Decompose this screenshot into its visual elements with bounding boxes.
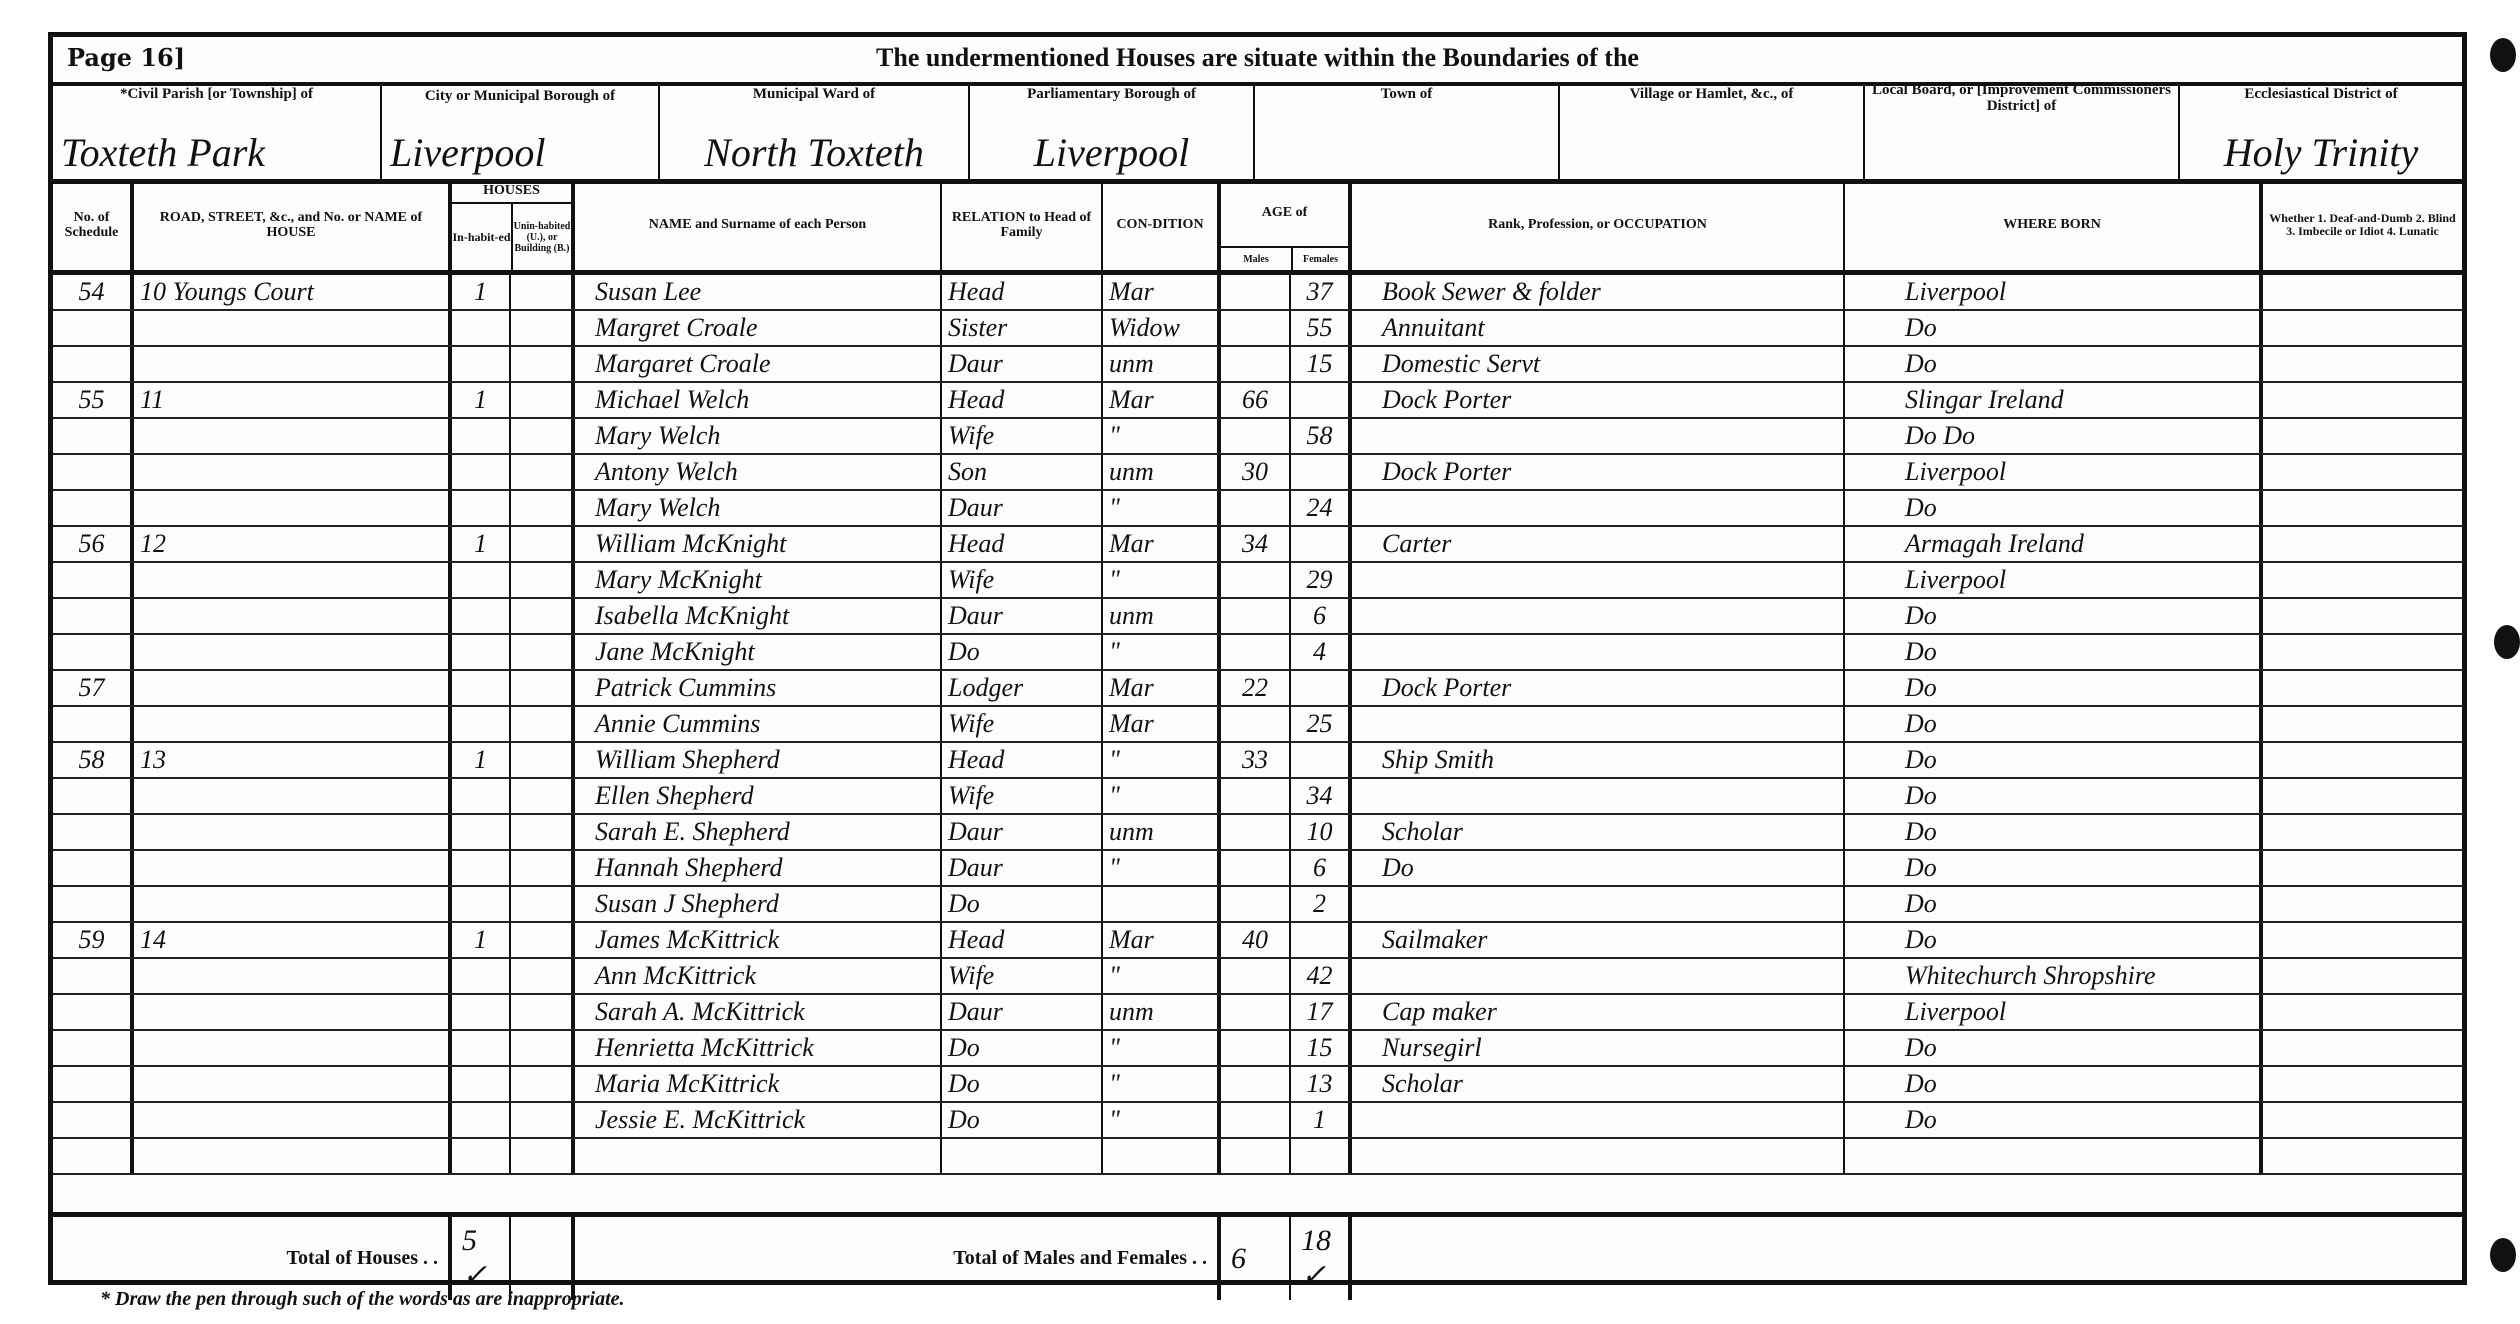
- cell-inhabited: [452, 635, 511, 669]
- cell-inhabited: [452, 1067, 511, 1101]
- cell-road: [134, 563, 452, 597]
- census-rows: 5410 Youngs Court1Susan LeeHeadMar37Book…: [53, 275, 2462, 1175]
- cell-condition: [1103, 1139, 1221, 1173]
- col-females: Females: [1293, 248, 1348, 270]
- table-row: Isabella McKnightDaurunm6Do: [53, 599, 2462, 635]
- cell-whether: [2263, 383, 2462, 417]
- cell-male-age: [1221, 635, 1291, 669]
- cell-relation: Do: [942, 1067, 1103, 1101]
- cell-female-age: [1291, 383, 1352, 417]
- cell-uninhabited: [511, 1031, 575, 1065]
- field-municipal-borough: City or Municipal Borough of Liverpool: [382, 82, 660, 179]
- cell-inhabited: [452, 815, 511, 849]
- cell-uninhabited: [511, 743, 575, 777]
- cell-schedule: [53, 347, 134, 381]
- field-parliamentary-borough: Parliamentary Borough of Liverpool: [970, 82, 1255, 179]
- cell-road: [134, 419, 452, 453]
- cell-uninhabited: [511, 779, 575, 813]
- cell-road: [134, 851, 452, 885]
- cell-name: William McKnight: [575, 527, 942, 561]
- cell-occupation: [1352, 563, 1845, 597]
- cell-female-age: 17: [1291, 995, 1352, 1029]
- cell-name: Susan J Shepherd: [575, 887, 942, 921]
- cell-female-age: 15: [1291, 347, 1352, 381]
- cell-uninhabited: [511, 275, 575, 309]
- cell-female-age: 6: [1291, 599, 1352, 633]
- cell-inhabited: [452, 995, 511, 1029]
- cell-inhabited: [452, 779, 511, 813]
- cell-schedule: 56: [53, 527, 134, 561]
- cell-where-born: Do: [1845, 671, 2263, 705]
- cell-relation: Daur: [942, 599, 1103, 633]
- cell-uninhabited: [511, 923, 575, 957]
- table-row: 5410 Youngs Court1Susan LeeHeadMar37Book…: [53, 275, 2462, 311]
- table-row: Jane McKnightDo"4Do: [53, 635, 2462, 671]
- field-local-board: Local Board, or [Improvement Commissione…: [1865, 82, 2180, 179]
- table-row: Maria McKittrickDo"13ScholarDo: [53, 1067, 2462, 1103]
- cell-road: [134, 779, 452, 813]
- cell-whether: [2263, 1067, 2462, 1101]
- table-row: Margret CroaleSisterWidow55AnnuitantDo: [53, 311, 2462, 347]
- cell-where-born: Do: [1845, 887, 2263, 921]
- table-row: Susan J ShepherdDo2Do: [53, 887, 2462, 923]
- cell-uninhabited: [511, 419, 575, 453]
- cell-whether: [2263, 887, 2462, 921]
- cell-schedule: [53, 419, 134, 453]
- table-row: Margaret CroaleDaurunm15Domestic ServtDo: [53, 347, 2462, 383]
- cell-uninhabited: [511, 311, 575, 345]
- table-row: Mary WelchDaur"24Do: [53, 491, 2462, 527]
- cell-male-age: 34: [1221, 527, 1291, 561]
- cell-where-born: Do: [1845, 1067, 2263, 1101]
- cell-name: Ellen Shepherd: [575, 779, 942, 813]
- cell-relation: Daur: [942, 491, 1103, 525]
- cell-relation: Do: [942, 1031, 1103, 1065]
- cell-relation: Head: [942, 743, 1103, 777]
- cell-female-age: [1291, 527, 1352, 561]
- cell-condition: ": [1103, 1031, 1221, 1065]
- cell-relation: Daur: [942, 347, 1103, 381]
- cell-whether: [2263, 959, 2462, 993]
- cell-inhabited: [452, 1103, 511, 1137]
- cell-male-age: [1221, 995, 1291, 1029]
- cell-road: 13: [134, 743, 452, 777]
- cell-road: [134, 959, 452, 993]
- cell-whether: [2263, 671, 2462, 705]
- column-headers: No. of Schedule ROAD, STREET, &c., and N…: [53, 179, 2462, 275]
- cell-female-age: 10: [1291, 815, 1352, 849]
- cell-female-age: 42: [1291, 959, 1352, 993]
- cell-inhabited: [452, 1139, 511, 1173]
- cell-whether: [2263, 563, 2462, 597]
- cell-whether: [2263, 527, 2462, 561]
- cell-male-age: [1221, 311, 1291, 345]
- cell-name: Sarah A. McKittrick: [575, 995, 942, 1029]
- cell-schedule: [53, 491, 134, 525]
- total-males-value: 6: [1221, 1217, 1291, 1300]
- cell-condition: unm: [1103, 455, 1221, 489]
- cell-schedule: 54: [53, 275, 134, 309]
- cell-occupation: Annuitant: [1352, 311, 1845, 345]
- cell-where-born: Do: [1845, 779, 2263, 813]
- table-row: Antony WelchSonunm30Dock PorterLiverpool: [53, 455, 2462, 491]
- cell-name: Sarah E. Shepherd: [575, 815, 942, 849]
- cell-occupation: [1352, 959, 1845, 993]
- cell-schedule: [53, 887, 134, 921]
- cell-relation: Head: [942, 275, 1103, 309]
- cell-whether: [2263, 779, 2462, 813]
- col-where-born: WHERE BORN: [1845, 179, 2263, 270]
- cell-male-age: 30: [1221, 455, 1291, 489]
- cell-occupation: [1352, 887, 1845, 921]
- cell-inhabited: [452, 671, 511, 705]
- cell-schedule: [53, 779, 134, 813]
- cell-relation: Head: [942, 383, 1103, 417]
- cell-male-age: [1221, 887, 1291, 921]
- cell-inhabited: [452, 851, 511, 885]
- cell-relation: Sister: [942, 311, 1103, 345]
- cell-occupation: [1352, 779, 1845, 813]
- cell-occupation: [1352, 1103, 1845, 1137]
- age-label: AGE of: [1262, 179, 1308, 246]
- cell-female-age: 34: [1291, 779, 1352, 813]
- col-males: Males: [1221, 248, 1293, 270]
- table-row: Sarah E. ShepherdDaurunm10ScholarDo: [53, 815, 2462, 851]
- col-road: ROAD, STREET, &c., and No. or NAME of HO…: [134, 179, 452, 270]
- cell-name: William Shepherd: [575, 743, 942, 777]
- cell-schedule: [53, 1139, 134, 1173]
- cell-uninhabited: [511, 347, 575, 381]
- cell-inhabited: [452, 707, 511, 741]
- cell-condition: ": [1103, 851, 1221, 885]
- cell-uninhabited: [511, 491, 575, 525]
- totals-row: Total of Houses . . 5 ✓ Total of Males a…: [53, 1212, 2462, 1300]
- table-row: Sarah A. McKittrickDaurunm17Cap makerLiv…: [53, 995, 2462, 1031]
- cell-uninhabited: [511, 383, 575, 417]
- cell-inhabited: [452, 347, 511, 381]
- cell-inhabited: [452, 455, 511, 489]
- cell-name: Margret Croale: [575, 311, 942, 345]
- cell-where-born: Do: [1845, 851, 2263, 885]
- cell-inhabited: 1: [452, 527, 511, 561]
- table-row: 59141James McKittrickHeadMar40SailmakerD…: [53, 923, 2462, 959]
- cell-inhabited: [452, 563, 511, 597]
- col-condition: CON-DITION: [1103, 179, 1221, 270]
- cell-schedule: 58: [53, 743, 134, 777]
- table-row: 55111Michael WelchHeadMar66Dock PorterSl…: [53, 383, 2462, 419]
- cell-uninhabited: [511, 527, 575, 561]
- cell-male-age: 22: [1221, 671, 1291, 705]
- cell-where-born: [1845, 1139, 2263, 1173]
- field-municipal-ward: Municipal Ward of North Toxteth: [660, 82, 970, 179]
- cell-schedule: [53, 1031, 134, 1065]
- cell-relation: Lodger: [942, 671, 1103, 705]
- col-uninhabited: Unin-habited (U.), or Building (B.): [513, 204, 571, 270]
- cell-road: [134, 347, 452, 381]
- col-schedule: No. of Schedule: [53, 179, 134, 270]
- cell-male-age: [1221, 1031, 1291, 1065]
- cell-condition: unm: [1103, 815, 1221, 849]
- cell-whether: [2263, 1103, 2462, 1137]
- cell-inhabited: 1: [452, 275, 511, 309]
- cell-road: [134, 311, 452, 345]
- cell-schedule: [53, 815, 134, 849]
- cell-occupation: [1352, 599, 1845, 633]
- cell-road: [134, 455, 452, 489]
- cell-male-age: [1221, 563, 1291, 597]
- cell-occupation: [1352, 707, 1845, 741]
- cell-whether: [2263, 275, 2462, 309]
- cell-female-age: 24: [1291, 491, 1352, 525]
- cell-road: 14: [134, 923, 452, 957]
- cell-where-born: Do: [1845, 707, 2263, 741]
- cell-where-born: Liverpool: [1845, 275, 2263, 309]
- cell-male-age: [1221, 599, 1291, 633]
- cell-condition: ": [1103, 491, 1221, 525]
- cell-schedule: 59: [53, 923, 134, 957]
- cell-relation: Daur: [942, 995, 1103, 1029]
- table-row: 56121William McKnightHeadMar34CarterArma…: [53, 527, 2462, 563]
- cell-female-age: 29: [1291, 563, 1352, 597]
- cell-condition: Mar: [1103, 923, 1221, 957]
- cell-inhabited: [452, 491, 511, 525]
- cell-schedule: [53, 311, 134, 345]
- cell-whether: [2263, 923, 2462, 957]
- cell-name: James McKittrick: [575, 923, 942, 957]
- cell-condition: Widow: [1103, 311, 1221, 345]
- cell-uninhabited: [511, 1067, 575, 1101]
- table-row: Annie CumminsWifeMar25Do: [53, 707, 2462, 743]
- cell-where-born: Liverpool: [1845, 455, 2263, 489]
- cell-name: Annie Cummins: [575, 707, 942, 741]
- cell-condition: ": [1103, 1103, 1221, 1137]
- cell-condition: ": [1103, 635, 1221, 669]
- cell-name: Jessie E. McKittrick: [575, 1103, 942, 1137]
- cell-name: Margaret Croale: [575, 347, 942, 381]
- cell-occupation: Dock Porter: [1352, 455, 1845, 489]
- cell-male-age: 66: [1221, 383, 1291, 417]
- col-houses: HOUSES In-habit-ed Unin-habited (U.), or…: [452, 179, 575, 270]
- cell-road: [134, 491, 452, 525]
- table-row: Henrietta McKittrickDo"15NursegirlDo: [53, 1031, 2462, 1067]
- cell-female-age: 1: [1291, 1103, 1352, 1137]
- total-blank: [1352, 1217, 2462, 1300]
- cell-name: Ann McKittrick: [575, 959, 942, 993]
- cell-name: Patrick Cummins: [575, 671, 942, 705]
- cell-whether: [2263, 995, 2462, 1029]
- col-name: NAME and Surname of each Person: [575, 179, 942, 270]
- cell-name: Jane McKnight: [575, 635, 942, 669]
- houses-label: HOUSES: [452, 179, 571, 204]
- page-title: The undermentioned Houses are situate wi…: [53, 43, 2462, 73]
- cell-road: [134, 635, 452, 669]
- cell-where-born: Do: [1845, 1103, 2263, 1137]
- footnote: * Draw the pen through such of the words…: [100, 1288, 625, 1311]
- cell-uninhabited: [511, 635, 575, 669]
- cell-male-age: [1221, 1067, 1291, 1101]
- cell-female-age: 13: [1291, 1067, 1352, 1101]
- cell-relation: Head: [942, 923, 1103, 957]
- cell-male-age: [1221, 419, 1291, 453]
- cell-road: [134, 1139, 452, 1173]
- title-row: Page 16] The undermentioned Houses are s…: [53, 37, 2462, 86]
- cell-male-age: [1221, 959, 1291, 993]
- cell-where-born: Do: [1845, 1031, 2263, 1065]
- cell-name: Hannah Shepherd: [575, 851, 942, 885]
- cell-male-age: [1221, 815, 1291, 849]
- cell-condition: unm: [1103, 599, 1221, 633]
- cell-occupation: Domestic Servt: [1352, 347, 1845, 381]
- cell-where-born: Do: [1845, 599, 2263, 633]
- cell-relation: Wife: [942, 419, 1103, 453]
- cell-relation: Son: [942, 455, 1103, 489]
- cell-road: [134, 1031, 452, 1065]
- cell-whether: [2263, 419, 2462, 453]
- parliamentary-borough-value: Liverpool: [978, 131, 1245, 175]
- cell-schedule: [53, 1103, 134, 1137]
- cell-road: [134, 815, 452, 849]
- cell-relation: Daur: [942, 851, 1103, 885]
- cell-relation: Do: [942, 1103, 1103, 1137]
- table-row: Hannah ShepherdDaur"6DoDo: [53, 851, 2462, 887]
- cell-male-age: [1221, 1103, 1291, 1137]
- cell-schedule: [53, 563, 134, 597]
- cell-uninhabited: [511, 815, 575, 849]
- col-relation: RELATION to Head of Family: [942, 179, 1103, 270]
- cell-road: [134, 707, 452, 741]
- cell-condition: Mar: [1103, 275, 1221, 309]
- cell-schedule: [53, 707, 134, 741]
- cell-whether: [2263, 347, 2462, 381]
- cell-occupation: [1352, 635, 1845, 669]
- cell-condition: unm: [1103, 995, 1221, 1029]
- cell-where-born: Do: [1845, 635, 2263, 669]
- cell-occupation: Dock Porter: [1352, 671, 1845, 705]
- cell-uninhabited: [511, 563, 575, 597]
- cell-relation: Wife: [942, 563, 1103, 597]
- cell-whether: [2263, 743, 2462, 777]
- cell-road: [134, 671, 452, 705]
- cell-occupation: Nursegirl: [1352, 1031, 1845, 1065]
- cell-relation: [942, 1139, 1103, 1173]
- cell-condition: [1103, 887, 1221, 921]
- cell-inhabited: [452, 959, 511, 993]
- cell-occupation: Scholar: [1352, 1067, 1845, 1101]
- cell-where-born: Whitechurch Shropshire: [1845, 959, 2263, 993]
- col-age: AGE of Males Females: [1221, 179, 1352, 270]
- cell-occupation: Sailmaker: [1352, 923, 1845, 957]
- field-village: Village or Hamlet, &c., of: [1560, 82, 1865, 179]
- cell-female-age: 55: [1291, 311, 1352, 345]
- cell-uninhabited: [511, 995, 575, 1029]
- cell-whether: [2263, 851, 2462, 885]
- municipal-ward-value: North Toxteth: [668, 131, 960, 175]
- cell-occupation: Ship Smith: [1352, 743, 1845, 777]
- cell-female-age: [1291, 1139, 1352, 1173]
- cell-uninhabited: [511, 1139, 575, 1173]
- cell-occupation: Cap maker: [1352, 995, 1845, 1029]
- cell-female-age: 58: [1291, 419, 1352, 453]
- cell-name: Mary Welch: [575, 419, 942, 453]
- cell-female-age: 6: [1291, 851, 1352, 885]
- cell-female-age: [1291, 671, 1352, 705]
- cell-condition: Mar: [1103, 671, 1221, 705]
- cell-relation: Head: [942, 527, 1103, 561]
- cell-occupation: Do: [1352, 851, 1845, 885]
- cell-inhabited: [452, 599, 511, 633]
- col-occupation: Rank, Profession, or OCCUPATION: [1352, 179, 1845, 270]
- cell-uninhabited: [511, 671, 575, 705]
- cell-where-born: Liverpool: [1845, 995, 2263, 1029]
- cell-male-age: [1221, 491, 1291, 525]
- cell-uninhabited: [511, 1103, 575, 1137]
- cell-inhabited: 1: [452, 923, 511, 957]
- cell-where-born: Do: [1845, 491, 2263, 525]
- cell-schedule: [53, 995, 134, 1029]
- cell-condition: ": [1103, 959, 1221, 993]
- municipal-borough-value: Liverpool: [390, 131, 650, 175]
- total-persons-label: Total of Males and Females . .: [575, 1217, 1221, 1300]
- cell-condition: ": [1103, 743, 1221, 777]
- cell-female-age: 2: [1291, 887, 1352, 921]
- cell-whether: [2263, 1031, 2462, 1065]
- cell-road: [134, 887, 452, 921]
- civil-parish-value: Toxteth Park: [61, 131, 372, 175]
- cell-occupation: Scholar: [1352, 815, 1845, 849]
- table-row: Ann McKittrickWife"42Whitechurch Shropsh…: [53, 959, 2462, 995]
- cell-female-age: 4: [1291, 635, 1352, 669]
- col-whether: Whether 1. Deaf-and-Dumb 2. Blind 3. Imb…: [2263, 179, 2462, 270]
- binding-hole: [2490, 1238, 2516, 1272]
- cell-female-age: 25: [1291, 707, 1352, 741]
- cell-whether: [2263, 635, 2462, 669]
- cell-relation: Wife: [942, 707, 1103, 741]
- cell-male-age: [1221, 1139, 1291, 1173]
- cell-road: [134, 599, 452, 633]
- cell-female-age: [1291, 743, 1352, 777]
- cell-inhabited: 1: [452, 383, 511, 417]
- cell-where-born: Do: [1845, 311, 2263, 345]
- cell-uninhabited: [511, 455, 575, 489]
- cell-name: Mary McKnight: [575, 563, 942, 597]
- ecclesiastical-district-value: Holy Trinity: [2188, 131, 2454, 175]
- field-ecclesiastical-district: Ecclesiastical District of Holy Trinity: [2180, 82, 2462, 179]
- cell-schedule: [53, 851, 134, 885]
- cell-relation: Do: [942, 887, 1103, 921]
- cell-schedule: 57: [53, 671, 134, 705]
- cell-occupation: Carter: [1352, 527, 1845, 561]
- cell-female-age: 37: [1291, 275, 1352, 309]
- cell-name: Maria McKittrick: [575, 1067, 942, 1101]
- cell-uninhabited: [511, 707, 575, 741]
- cell-inhabited: 1: [452, 743, 511, 777]
- table-row: Mary McKnightWife"29Liverpool: [53, 563, 2462, 599]
- cell-occupation: Book Sewer & folder: [1352, 275, 1845, 309]
- cell-condition: ": [1103, 779, 1221, 813]
- cell-schedule: [53, 599, 134, 633]
- cell-whether: [2263, 311, 2462, 345]
- cell-uninhabited: [511, 887, 575, 921]
- cell-schedule: [53, 959, 134, 993]
- table-row: 57Patrick CumminsLodgerMar22Dock PorterD…: [53, 671, 2462, 707]
- cell-name: Antony Welch: [575, 455, 942, 489]
- census-page: Page 16] The undermentioned Houses are s…: [48, 32, 2467, 1285]
- field-town: Town of: [1255, 82, 1560, 179]
- cell-where-born: Do: [1845, 743, 2263, 777]
- cell-female-age: [1291, 923, 1352, 957]
- table-row: Mary WelchWife"58Do Do: [53, 419, 2462, 455]
- cell-name: [575, 1139, 942, 1173]
